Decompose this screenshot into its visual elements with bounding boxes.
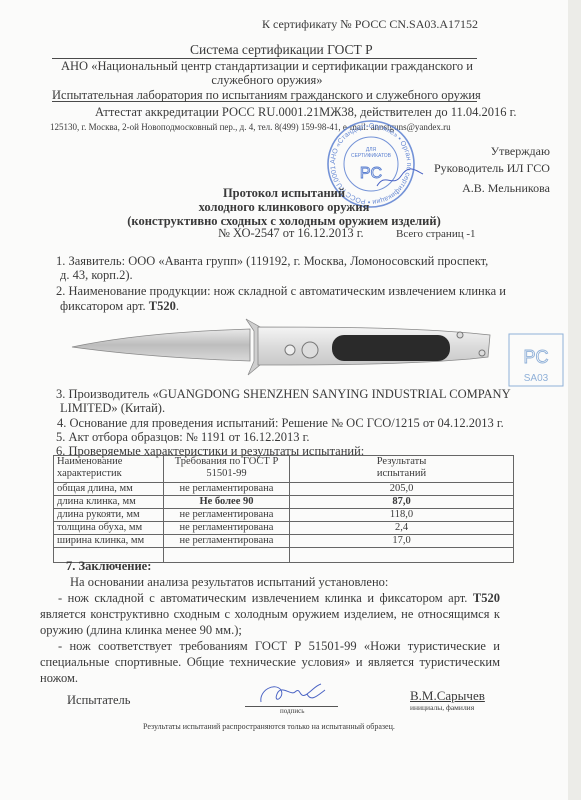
header-requirement: Требования по ГОСТ Р 51501-99 bbox=[164, 456, 290, 483]
title-line-2: холодного клинкового оружия bbox=[0, 200, 568, 214]
header-characteristic: Наименование характеристик bbox=[54, 456, 164, 483]
tester-signature-icon bbox=[255, 680, 335, 708]
signature-caption: подпись bbox=[280, 707, 304, 715]
laboratory-name: Испытательная лаборатория по испытаниям … bbox=[52, 88, 481, 103]
item-manufacturer-cont: LIMITED» (Китай). bbox=[60, 401, 165, 415]
item-product: 2. Наименование продукции: нож складной … bbox=[56, 284, 506, 298]
document-page: К сертификату № РОСС CN.SA03.A17152 Сист… bbox=[0, 0, 568, 800]
approve-label: Утверждаю bbox=[434, 143, 550, 159]
tester-label: Испытатель bbox=[67, 693, 130, 708]
scan-edge bbox=[568, 0, 581, 800]
title-line-1: Протокол испытаний bbox=[0, 186, 568, 200]
svg-text:SA03: SA03 bbox=[524, 373, 549, 384]
tester-name: В.М.Сарычев bbox=[410, 688, 485, 704]
footer-note: Результаты испытаний распространяются то… bbox=[143, 722, 395, 731]
item-sampling: 5. Акт отбора образцов: № 1191 от 16.12.… bbox=[56, 430, 310, 444]
table-row: толщина обуха, мм не регламентирована 2,… bbox=[54, 522, 514, 535]
product-text: фиксатором арт. bbox=[60, 299, 149, 313]
protocol-number: № ХО-2547 от 16.12.2013 г. bbox=[218, 226, 364, 241]
item-product-cont: фиксатором арт. Т520. bbox=[60, 299, 179, 313]
table-header-row: Наименование характеристик Требования по… bbox=[54, 456, 514, 483]
conclusion-paragraph-1: - нож складной с автоматическим извлечен… bbox=[40, 590, 500, 638]
item-applicant-cont: д. 43, корп.2). bbox=[60, 268, 133, 282]
results-table: Наименование характеристик Требования по… bbox=[53, 455, 514, 563]
table-row: общая длина, мм не регламентирована 205,… bbox=[54, 483, 514, 496]
svg-text:СЕРТИФИКАТОВ: СЕРТИФИКАТОВ bbox=[351, 153, 392, 159]
conclusion-article: Т520 bbox=[473, 591, 500, 605]
svg-text:PC: PC bbox=[523, 347, 548, 367]
product-article: Т520 bbox=[149, 299, 176, 313]
conclusion-intro: На основании анализа результатов испытан… bbox=[70, 575, 388, 589]
item-manufacturer: 3. Производитель «GUANGDONG SHENZHEN SAN… bbox=[56, 387, 511, 401]
table-row: ширина клинка, мм не регламентирована 17… bbox=[54, 535, 514, 548]
accreditation: Аттестат аккредитации РОСС RU.0001.21МЖ3… bbox=[95, 105, 516, 120]
table-row: длина клинка, мм Не более 90 87,0 bbox=[54, 496, 514, 509]
header-result: Результаты испытаний bbox=[290, 456, 514, 483]
item-basis: 4. Основание для проведения испытаний: Р… bbox=[57, 416, 504, 430]
certificate-reference: К сертификату № РОСС CN.SA03.A17152 bbox=[262, 17, 478, 32]
pct-mark-badge-icon: PC SA03 bbox=[508, 333, 564, 387]
conclusion-paragraph-2: - нож соответствует требованиям ГОСТ Р 5… bbox=[40, 638, 500, 686]
protocol-title: Протокол испытаний холодного клинкового … bbox=[0, 186, 568, 228]
knife-image bbox=[70, 313, 500, 381]
organization-name: АНО «Национальный центр стандартизации и… bbox=[58, 59, 476, 87]
conclusion-heading: 7. Заключение: bbox=[66, 559, 151, 574]
tester-name-caption: инициалы, фамилия bbox=[410, 703, 474, 712]
approver-position: Руководитель ИЛ ГСО bbox=[434, 159, 550, 177]
item-applicant: 1. Заявитель: ООО «Аванта групп» (119192… bbox=[56, 254, 488, 268]
certification-system: Система сертификации ГОСТ Р bbox=[190, 42, 373, 58]
page-count: Всего страниц -1 bbox=[396, 228, 476, 240]
table-row: длина рукояти, мм не регламентирована 11… bbox=[54, 509, 514, 522]
